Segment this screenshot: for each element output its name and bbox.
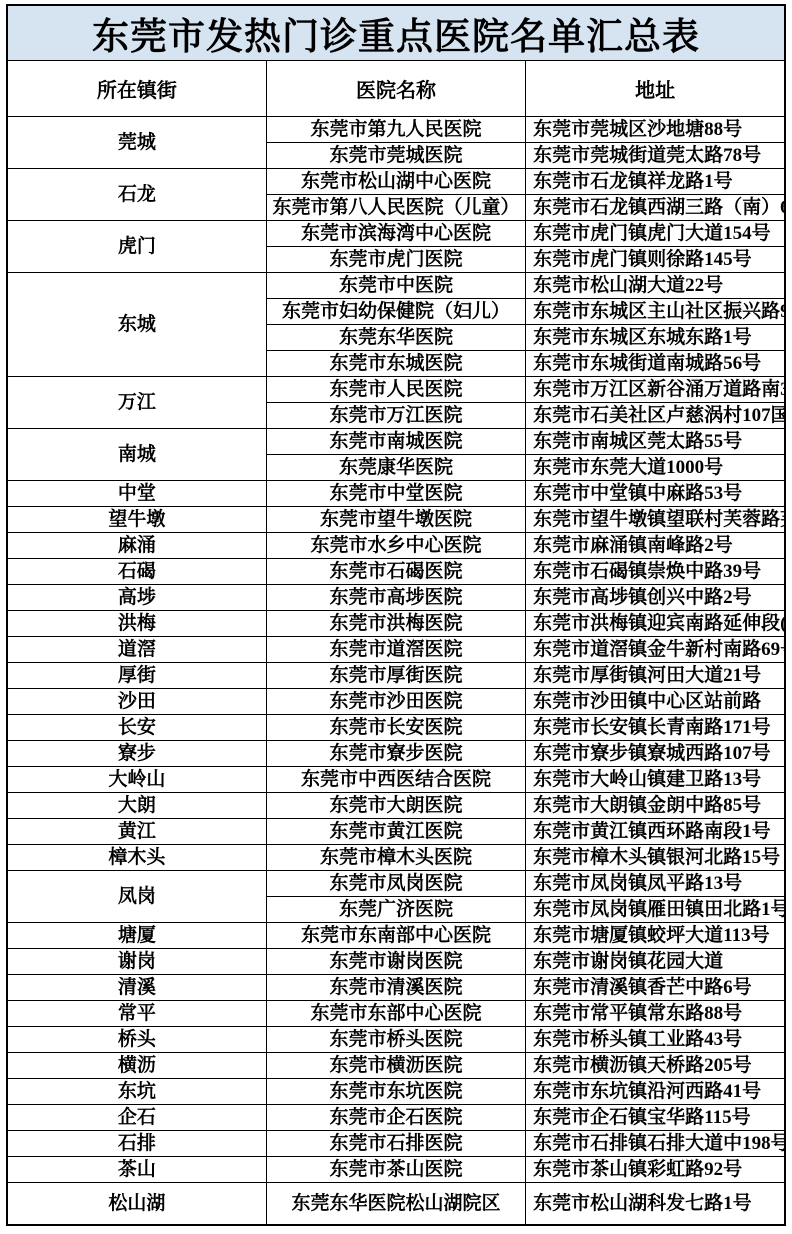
hospital-name-cell: 东莞市中西医结合医院 bbox=[266, 767, 525, 793]
address-cell: 东莞市高埗镇创兴中路2号 bbox=[526, 585, 785, 611]
hospital-name-cell: 东莞市厚街医院 bbox=[266, 663, 525, 689]
hospital-name-cell: 东莞市第八人民医院（儿童） bbox=[266, 195, 525, 221]
town-cell: 企石 bbox=[7, 1105, 266, 1131]
hospital-name-cell: 东莞市第九人民医院 bbox=[266, 117, 525, 143]
hospital-name-cell: 东莞东华医院 bbox=[266, 325, 525, 351]
address-cell: 东莞市东坑镇沿河西路41号 bbox=[526, 1079, 785, 1105]
address-cell: 东莞市松山湖大道22号 bbox=[526, 273, 785, 299]
table-row: 常平东莞市东部中心医院东莞市常平镇常东路88号 bbox=[7, 1001, 785, 1027]
address-cell: 东莞市常平镇常东路88号 bbox=[526, 1001, 785, 1027]
hospital-name-cell: 东莞市大朗医院 bbox=[266, 793, 525, 819]
town-cell: 沙田 bbox=[7, 689, 266, 715]
hospital-name-cell: 东莞市寮步医院 bbox=[266, 741, 525, 767]
hospital-name-cell: 东莞市道滘医院 bbox=[266, 637, 525, 663]
column-header-town: 所在镇街 bbox=[7, 61, 266, 117]
hospital-name-cell: 东莞市虎门医院 bbox=[266, 247, 525, 273]
address-cell: 东莞市大岭山镇建卫路13号 bbox=[526, 767, 785, 793]
table-row: 东坑东莞市东坑医院东莞市东坑镇沿河西路41号 bbox=[7, 1079, 785, 1105]
address-cell: 东莞市莞城街道莞太路78号 bbox=[526, 143, 785, 169]
hospital-name-cell: 东莞康华医院 bbox=[266, 455, 525, 481]
table-row: 莞城东莞市第九人民医院东莞市莞城区沙地塘88号 bbox=[7, 117, 785, 143]
hospital-name-cell: 东莞广济医院 bbox=[266, 897, 525, 923]
hospital-name-cell: 东莞市东南部中心医院 bbox=[266, 923, 525, 949]
town-cell: 望牛墩 bbox=[7, 507, 266, 533]
table-row: 麻涌东莞市水乡中心医院东莞市麻涌镇南峰路2号 bbox=[7, 533, 785, 559]
town-cell: 南城 bbox=[7, 429, 266, 481]
hospital-name-cell: 东莞市水乡中心医院 bbox=[266, 533, 525, 559]
title-row: 东莞市发热门诊重点医院名单汇总表 bbox=[7, 5, 785, 61]
hospital-name-cell: 东莞市万江医院 bbox=[266, 403, 525, 429]
address-cell: 东莞市横沥镇天桥路205号 bbox=[526, 1053, 785, 1079]
town-cell: 凤岗 bbox=[7, 871, 266, 923]
table-row: 长安东莞市长安医院东莞市长安镇长青南路171号 bbox=[7, 715, 785, 741]
hospital-name-cell: 东莞市滨海湾中心医院 bbox=[266, 221, 525, 247]
town-cell: 清溪 bbox=[7, 975, 266, 1001]
town-cell: 石碣 bbox=[7, 559, 266, 585]
table-row: 清溪东莞市清溪医院东莞市清溪镇香芒中路6号 bbox=[7, 975, 785, 1001]
town-cell: 东坑 bbox=[7, 1079, 266, 1105]
town-cell: 樟木头 bbox=[7, 845, 266, 871]
hospital-name-cell: 东莞市沙田医院 bbox=[266, 689, 525, 715]
address-cell: 东莞市石龙镇西湖三路（南）68号博爱园 bbox=[526, 195, 785, 221]
address-cell: 东莞市樟木头镇银河北路15号 bbox=[526, 845, 785, 871]
table-row: 大岭山东莞市中西医结合医院东莞市大岭山镇建卫路13号 bbox=[7, 767, 785, 793]
address-cell: 东莞市清溪镇香芒中路6号 bbox=[526, 975, 785, 1001]
hospital-name-cell: 东莞市人民医院 bbox=[266, 377, 525, 403]
hospital-name-cell: 东莞市南城医院 bbox=[266, 429, 525, 455]
address-cell: 东莞市谢岗镇花园大道 bbox=[526, 949, 785, 975]
address-cell: 东莞市道滘镇金牛新村南路69号 bbox=[526, 637, 785, 663]
table-row: 道滘东莞市道滘医院东莞市道滘镇金牛新村南路69号 bbox=[7, 637, 785, 663]
address-cell: 东莞市桥头镇工业路43号 bbox=[526, 1027, 785, 1053]
hospital-name-cell: 东莞市松山湖中心医院 bbox=[266, 169, 525, 195]
town-cell: 横沥 bbox=[7, 1053, 266, 1079]
town-cell: 麻涌 bbox=[7, 533, 266, 559]
table-row: 南城东莞市南城医院东莞市南城区莞太路55号 bbox=[7, 429, 785, 455]
town-cell: 洪梅 bbox=[7, 611, 266, 637]
table-row: 东城东莞市中医院东莞市松山湖大道22号 bbox=[7, 273, 785, 299]
address-cell: 东莞市黄江镇西环路南段1号 bbox=[526, 819, 785, 845]
table-row: 塘厦东莞市东南部中心医院东莞市塘厦镇蛟坪大道113号 bbox=[7, 923, 785, 949]
town-cell: 松山湖 bbox=[7, 1183, 266, 1226]
column-header-row: 所在镇街 医院名称 地址 bbox=[7, 61, 785, 117]
hospital-name-cell: 东莞市谢岗医院 bbox=[266, 949, 525, 975]
town-cell: 长安 bbox=[7, 715, 266, 741]
table-row: 石碣东莞市石碣医院东莞市石碣镇崇焕中路39号 bbox=[7, 559, 785, 585]
table-row: 谢岗东莞市谢岗医院东莞市谢岗镇花园大道 bbox=[7, 949, 785, 975]
table-row: 中堂东莞市中堂医院东莞市中堂镇中麻路53号 bbox=[7, 481, 785, 507]
hospital-name-cell: 东莞市洪梅医院 bbox=[266, 611, 525, 637]
hospital-name-cell: 东莞市企石医院 bbox=[266, 1105, 525, 1131]
hospital-name-cell: 东莞市清溪医院 bbox=[266, 975, 525, 1001]
town-cell: 大岭山 bbox=[7, 767, 266, 793]
table-row: 桥头东莞市桥头医院东莞市桥头镇工业路43号 bbox=[7, 1027, 785, 1053]
table-row: 茶山东莞市茶山医院东莞市茶山镇彩虹路92号 bbox=[7, 1157, 785, 1183]
table-row: 高埗东莞市高埗医院东莞市高埗镇创兴中路2号 bbox=[7, 585, 785, 611]
table-body: 莞城东莞市第九人民医院东莞市莞城区沙地塘88号东莞市莞城医院东莞市莞城街道莞太路… bbox=[7, 117, 785, 1226]
town-cell: 石龙 bbox=[7, 169, 266, 221]
hospital-name-cell: 东莞市石排医院 bbox=[266, 1131, 525, 1157]
table-head: 东莞市发热门诊重点医院名单汇总表 所在镇街 医院名称 地址 bbox=[7, 5, 785, 117]
address-cell: 东莞市企石镇宝华路115号 bbox=[526, 1105, 785, 1131]
table-row: 寮步东莞市寮步医院东莞市寮步镇寮城西路107号 bbox=[7, 741, 785, 767]
hospital-name-cell: 东莞市东坑医院 bbox=[266, 1079, 525, 1105]
column-header-address: 地址 bbox=[526, 61, 785, 117]
table-row: 黄江东莞市黄江医院东莞市黄江镇西环路南段1号 bbox=[7, 819, 785, 845]
town-cell: 东城 bbox=[7, 273, 266, 377]
town-cell: 中堂 bbox=[7, 481, 266, 507]
address-cell: 东莞市东城街道南城路56号 bbox=[526, 351, 785, 377]
address-cell: 东莞市石碣镇崇焕中路39号 bbox=[526, 559, 785, 585]
town-cell: 谢岗 bbox=[7, 949, 266, 975]
table-row: 凤岗东莞市凤岗医院东莞市凤岗镇凤平路13号 bbox=[7, 871, 785, 897]
hospital-name-cell: 东莞市凤岗医院 bbox=[266, 871, 525, 897]
hospital-name-cell: 东莞市高埗医院 bbox=[266, 585, 525, 611]
table-row: 厚街东莞市厚街医院东莞市厚街镇河田大道21号 bbox=[7, 663, 785, 689]
address-cell: 东莞市松山湖科发七路1号 bbox=[526, 1183, 785, 1226]
hospital-name-cell: 东莞市莞城医院 bbox=[266, 143, 525, 169]
address-cell: 东莞市石龙镇祥龙路1号 bbox=[526, 169, 785, 195]
page-title: 东莞市发热门诊重点医院名单汇总表 bbox=[7, 5, 785, 61]
address-cell: 东莞市虎门镇则徐路145号 bbox=[526, 247, 785, 273]
hospital-name-cell: 东莞市黄江医院 bbox=[266, 819, 525, 845]
town-cell: 高埗 bbox=[7, 585, 266, 611]
address-cell: 东莞市洪梅镇迎宾南路延伸段(洪梅车站旁) bbox=[526, 611, 785, 637]
hospital-name-cell: 东莞市茶山医院 bbox=[266, 1157, 525, 1183]
hospital-name-cell: 东莞市石碣医院 bbox=[266, 559, 525, 585]
address-cell: 东莞市东城区东城东路1号 bbox=[526, 325, 785, 351]
table-row: 万江东莞市人民医院东莞市万江区新谷涌万道路南3号 bbox=[7, 377, 785, 403]
hospital-table: 东莞市发热门诊重点医院名单汇总表 所在镇街 医院名称 地址 莞城东莞市第九人民医… bbox=[6, 4, 786, 1226]
hospital-name-cell: 东莞市长安医院 bbox=[266, 715, 525, 741]
address-cell: 东莞市望牛墩镇望联村芙蓉路芙蓉沙桥旁 bbox=[526, 507, 785, 533]
hospital-name-cell: 东莞市中医院 bbox=[266, 273, 525, 299]
address-cell: 东莞市万江区新谷涌万道路南3号 bbox=[526, 377, 785, 403]
address-cell: 东莞市石美社区卢慈涡村107国道 bbox=[526, 403, 785, 429]
address-cell: 东莞市塘厦镇蛟坪大道113号 bbox=[526, 923, 785, 949]
hospital-name-cell: 东莞市妇幼保健院（妇儿） bbox=[266, 299, 525, 325]
town-cell: 道滘 bbox=[7, 637, 266, 663]
address-cell: 东莞市茶山镇彩虹路92号 bbox=[526, 1157, 785, 1183]
column-header-hospital-name: 医院名称 bbox=[266, 61, 525, 117]
hospital-name-cell: 东莞市东城医院 bbox=[266, 351, 525, 377]
address-cell: 东莞市麻涌镇南峰路2号 bbox=[526, 533, 785, 559]
table-row: 望牛墩东莞市望牛墩医院东莞市望牛墩镇望联村芙蓉路芙蓉沙桥旁 bbox=[7, 507, 785, 533]
hospital-name-cell: 东莞市中堂医院 bbox=[266, 481, 525, 507]
address-cell: 东莞市南城区莞太路55号 bbox=[526, 429, 785, 455]
table-row: 大朗东莞市大朗医院东莞市大朗镇金朗中路85号 bbox=[7, 793, 785, 819]
hospital-name-cell: 东莞市桥头医院 bbox=[266, 1027, 525, 1053]
town-cell: 塘厦 bbox=[7, 923, 266, 949]
hospital-name-cell: 东莞市望牛墩医院 bbox=[266, 507, 525, 533]
address-cell: 东莞市东莞大道1000号 bbox=[526, 455, 785, 481]
town-cell: 大朗 bbox=[7, 793, 266, 819]
address-cell: 东莞市沙田镇中心区站前路 bbox=[526, 689, 785, 715]
town-cell: 常平 bbox=[7, 1001, 266, 1027]
address-cell: 东莞市大朗镇金朗中路85号 bbox=[526, 793, 785, 819]
table-row: 松山湖东莞东华医院松山湖院区东莞市松山湖科发七路1号 bbox=[7, 1183, 785, 1226]
address-cell: 东莞市凤岗镇凤平路13号 bbox=[526, 871, 785, 897]
town-cell: 寮步 bbox=[7, 741, 266, 767]
table-row: 樟木头东莞市樟木头医院东莞市樟木头镇银河北路15号 bbox=[7, 845, 785, 871]
address-cell: 东莞市虎门镇虎门大道154号 bbox=[526, 221, 785, 247]
town-cell: 厚街 bbox=[7, 663, 266, 689]
address-cell: 东莞市厚街镇河田大道21号 bbox=[526, 663, 785, 689]
address-cell: 东莞市寮步镇寮城西路107号 bbox=[526, 741, 785, 767]
address-cell: 东莞市石排镇石排大道中198号 bbox=[526, 1131, 785, 1157]
table-row: 虎门东莞市滨海湾中心医院东莞市虎门镇虎门大道154号 bbox=[7, 221, 785, 247]
table-row: 企石东莞市企石医院东莞市企石镇宝华路115号 bbox=[7, 1105, 785, 1131]
hospital-name-cell: 东莞市樟木头医院 bbox=[266, 845, 525, 871]
table-row: 洪梅东莞市洪梅医院东莞市洪梅镇迎宾南路延伸段(洪梅车站旁) bbox=[7, 611, 785, 637]
page: 东莞市发热门诊重点医院名单汇总表 所在镇街 医院名称 地址 莞城东莞市第九人民医… bbox=[0, 0, 792, 1230]
town-cell: 石排 bbox=[7, 1131, 266, 1157]
town-cell: 茶山 bbox=[7, 1157, 266, 1183]
hospital-name-cell: 东莞市横沥医院 bbox=[266, 1053, 525, 1079]
hospital-name-cell: 东莞市东部中心医院 bbox=[266, 1001, 525, 1027]
town-cell: 黄江 bbox=[7, 819, 266, 845]
table-row: 横沥东莞市横沥医院东莞市横沥镇天桥路205号 bbox=[7, 1053, 785, 1079]
table-row: 石排东莞市石排医院东莞市石排镇石排大道中198号 bbox=[7, 1131, 785, 1157]
address-cell: 东莞市凤岗镇雁田镇田北路1号 bbox=[526, 897, 785, 923]
hospital-name-cell: 东莞东华医院松山湖院区 bbox=[266, 1183, 525, 1226]
table-row: 石龙东莞市松山湖中心医院东莞市石龙镇祥龙路1号 bbox=[7, 169, 785, 195]
table-row: 沙田东莞市沙田医院东莞市沙田镇中心区站前路 bbox=[7, 689, 785, 715]
address-cell: 东莞市东城区主山社区振兴路99号 bbox=[526, 299, 785, 325]
address-cell: 东莞市莞城区沙地塘88号 bbox=[526, 117, 785, 143]
town-cell: 虎门 bbox=[7, 221, 266, 273]
address-cell: 东莞市长安镇长青南路171号 bbox=[526, 715, 785, 741]
address-cell: 东莞市中堂镇中麻路53号 bbox=[526, 481, 785, 507]
town-cell: 莞城 bbox=[7, 117, 266, 169]
town-cell: 桥头 bbox=[7, 1027, 266, 1053]
town-cell: 万江 bbox=[7, 377, 266, 429]
